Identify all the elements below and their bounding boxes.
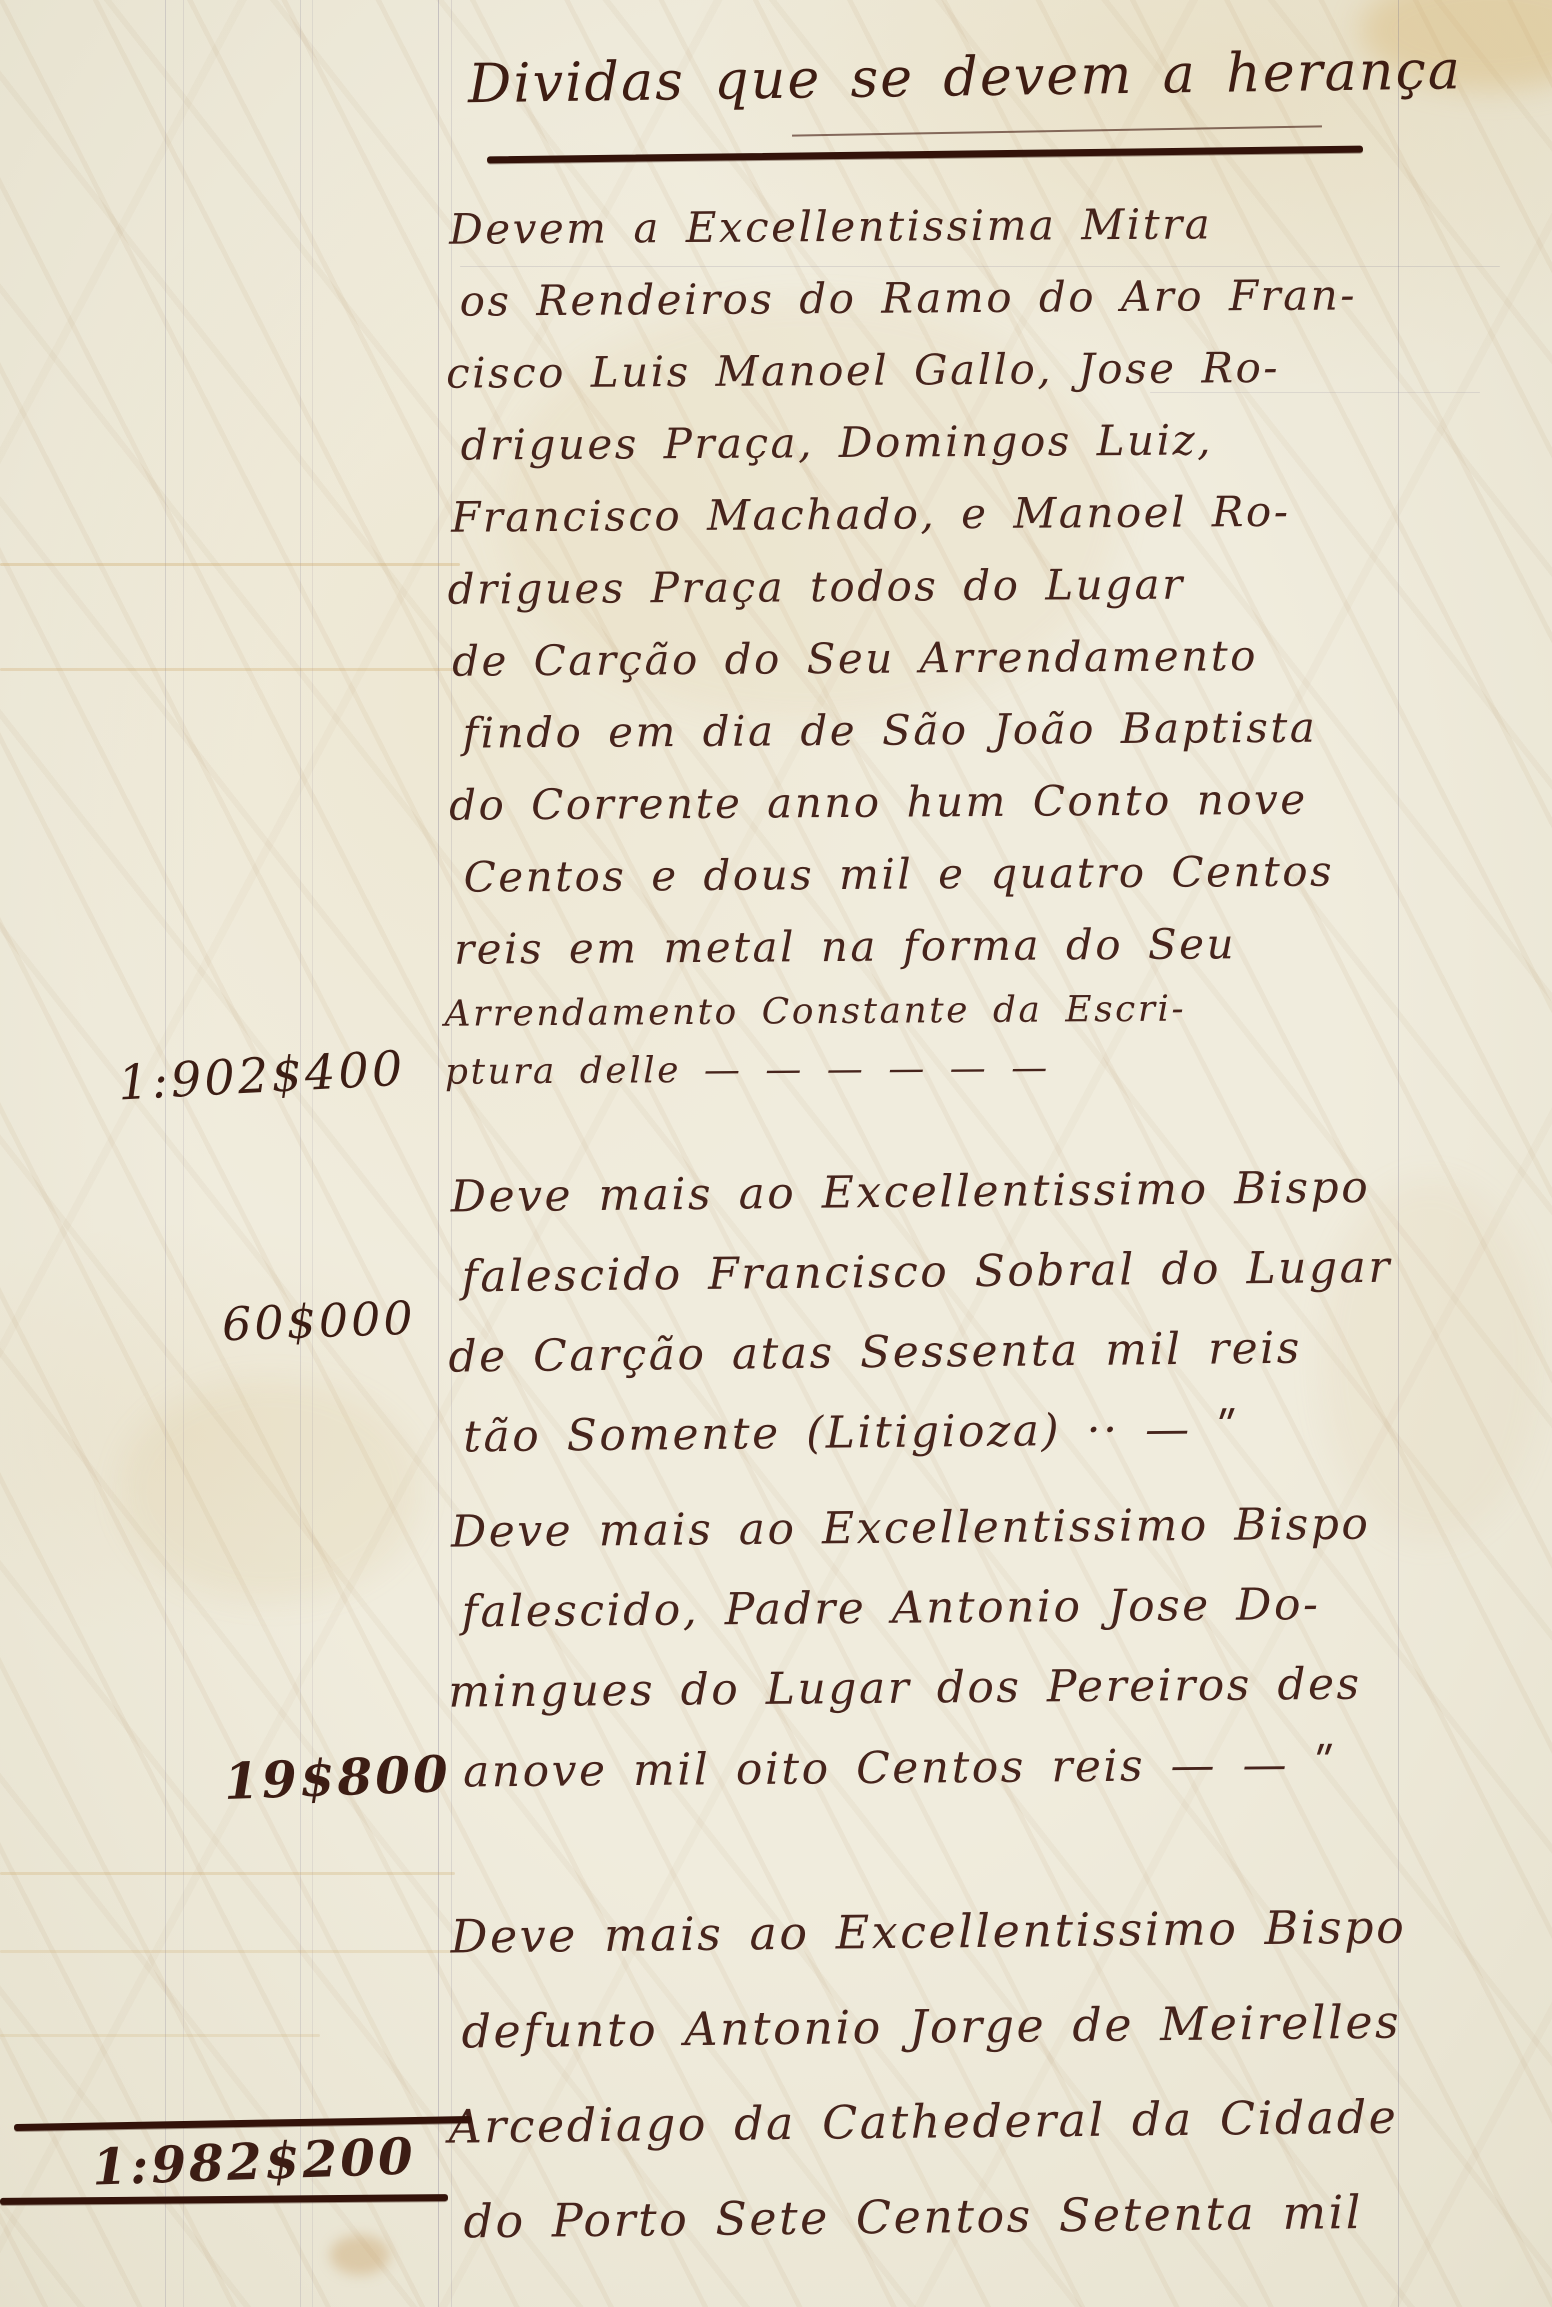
manuscript-line: Arrendamento Constante da Escri- — [444, 978, 1514, 1043]
ruled-line-vertical — [165, 0, 166, 2307]
manuscript-line: de Carção atas Sessenta mil reis — [448, 1306, 1513, 1397]
manuscript-line: defunto Antonio Jorge de Meirelles — [461, 1973, 1512, 2079]
manuscript-line: Deve mais ao Excellentissimo Bispo — [450, 1878, 1511, 1984]
paper-stain — [330, 2235, 390, 2275]
manuscript-line: falescido Francisco Sobral do Lugar — [461, 1226, 1512, 1317]
entry-paragraph: Deve mais ao Excellentissimo Bispofalesc… — [450, 1146, 1513, 1477]
ruled-line-vertical — [300, 0, 301, 2307]
margin-separator-line — [438, 0, 439, 2307]
margin-amount: 60$000 — [221, 1291, 416, 1352]
ruled-line-vertical — [183, 0, 184, 2307]
title-underline-flourish — [792, 125, 1322, 136]
paper-stain — [120, 1380, 420, 1600]
manuscript-line: cisco Luis Manoel Gallo, Jose Ro- — [446, 330, 1510, 409]
entry-paragraph: Deve mais ao Excellentissimo Bispodefunt… — [450, 1878, 1514, 2269]
ruled-line-horizontal — [0, 668, 460, 671]
ruled-line-vertical — [312, 0, 313, 2307]
ruled-line-horizontal — [0, 1950, 455, 1953]
manuscript-line: Arcediago da Cathederal da Cidade — [448, 2068, 1513, 2174]
manuscript-line: Francisco Machado, e Manoel Ro- — [451, 474, 1511, 553]
title-rule — [487, 146, 1363, 164]
manuscript-line: Devem a Excellentissima Mitra — [449, 186, 1509, 265]
entry-paragraph: Deve mais ao Excellentissimo Bispofalesc… — [451, 1483, 1514, 1812]
ruled-line-horizontal — [0, 1872, 455, 1875]
manuscript-line: Deve mais ao Excellentissimo Bispo — [451, 1483, 1512, 1572]
manuscript-line: findo em dia de São João Baptista — [462, 690, 1512, 769]
manuscript-line: anove mil oito Centos reis — — ʺ — [463, 1723, 1514, 1812]
manuscript-line: ptura delle — — — — — — — [445, 1036, 1515, 1101]
manuscript-line: falescido, Padre Antonio Jose Do- — [461, 1563, 1512, 1652]
margin-amount: 1:902$400 — [117, 1041, 407, 1112]
manuscript-line: tão Somente (Litigioza) ·· — ʺ — [463, 1386, 1514, 1477]
total-rule-bottom — [0, 2194, 448, 2205]
page-title: Dividas que se devem a herança — [468, 40, 1359, 115]
margin-total-amount: 1:982$200 — [91, 2126, 417, 2196]
margin-amount: 19$800 — [223, 1744, 452, 1811]
manuscript-line: os Rendeiros do Ramo do Aro Fran- — [459, 258, 1509, 337]
manuscript-line: de Carção do Seu Arrendamento — [452, 618, 1512, 697]
ruled-line-horizontal — [0, 563, 460, 566]
manuscript-line: drigues Praça, Domingos Luiz, — [460, 402, 1510, 481]
manuscript-line: Centos e dous mil e quatro Centos — [463, 834, 1513, 913]
manuscript-line: Deve mais ao Excellentissimo Bispo — [450, 1146, 1511, 1237]
manuscript-page: Dividas que se devem a herança Devem a E… — [0, 0, 1552, 2307]
entry-paragraph: Devem a Excellentissima Mitraos Rendeiro… — [449, 186, 1515, 1101]
manuscript-line: drigues Praça todos do Lugar — [447, 546, 1511, 625]
manuscript-line: mingues do Lugar dos Pereiros des — [448, 1643, 1513, 1732]
manuscript-line: reis em metal na forma do Seu — [454, 906, 1514, 985]
ruled-line-horizontal — [0, 2034, 320, 2037]
manuscript-line: do Porto Sete Centos Setenta mil — [463, 2163, 1514, 2269]
manuscript-line: do Corrente anno hum Conto nove — [449, 762, 1513, 841]
